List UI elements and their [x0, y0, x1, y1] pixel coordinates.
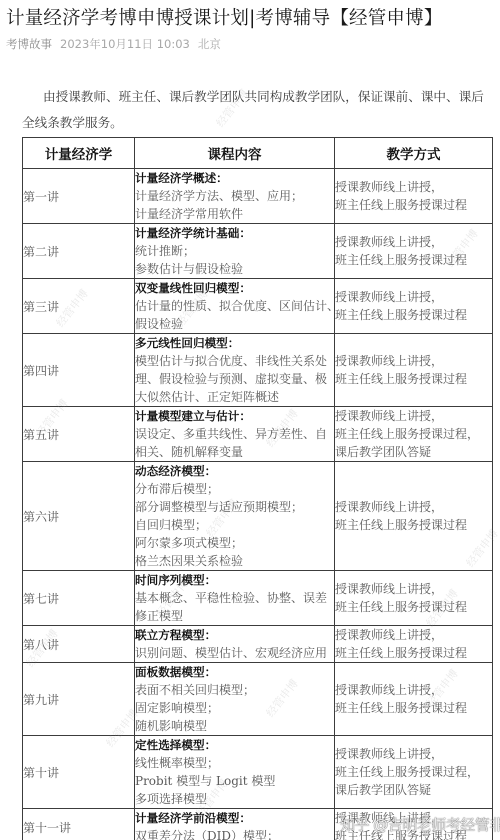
course-content: 动态经济模型：分布滞后模型；部分调整模型与适应预期模型；自回归模型；阿尔蒙多项式…	[135, 462, 335, 571]
table-row: 第五讲计量模型建立与估计：误设定、多重共线性、异方差性、自相关、随机解释变量授课…	[23, 407, 493, 462]
teaching-method: 授课教师线上讲授，班主任线上服务授课过程	[335, 169, 493, 224]
content-line: 假设检验	[135, 315, 334, 333]
teaching-method: 授课教师线上讲授，班主任线上服务授课过程，课后教学团队答疑	[335, 736, 493, 809]
lecture-number: 第八讲	[23, 626, 135, 663]
publish-location: 北京	[198, 37, 221, 51]
method-line: 班主任线上服务授课过程	[335, 306, 492, 324]
method-line: 授课教师线上讲授，	[335, 407, 492, 425]
content-line: 双重差分法（DID）模型；	[135, 827, 334, 840]
method-line: 授课教师线上讲授，	[335, 626, 492, 644]
content-line: 理、假设检验与预测、虚拟变量、极	[135, 370, 334, 388]
content-line: 部分调整模型与适应预期模型；	[135, 498, 334, 516]
content-heading: 定性选择模型：	[135, 736, 334, 754]
lecture-number: 第十一讲	[23, 809, 135, 840]
content-line: 随机影响模型	[135, 717, 334, 735]
table-row: 第三讲双变量线性回归模型：估计量的性质、拟合优度、区间估计、假设检验授课教师线上…	[23, 279, 493, 334]
article-title: 计量经济学考博申博授课计划|考博辅导【经管申博】	[6, 4, 443, 30]
method-line: 班主任线上服务授课过程	[335, 699, 492, 717]
content-heading: 联立方程模型：	[135, 626, 334, 644]
method-line: 授课教师线上讲授，	[335, 352, 492, 370]
method-line: 班主任线上服务授课过程	[335, 251, 492, 269]
lecture-number: 第五讲	[23, 407, 135, 462]
content-line: 大似然估计、正定矩阵概述	[135, 388, 334, 406]
content-heading: 计量经济学概述：	[135, 169, 334, 187]
table-row: 第十讲定性选择模型：线性概率模型；Probit 模型与 Logit 模型多项选择…	[23, 736, 493, 809]
content-line: 格兰杰因果关系检验	[135, 552, 334, 570]
author-link[interactable]: 考博故事	[6, 37, 52, 51]
content-heading: 计量经济学统计基础：	[135, 224, 334, 242]
content-line: 模型估计与拟合优度、非线性关系处	[135, 352, 334, 370]
method-line: 班主任线上服务授课过程，	[335, 425, 492, 443]
course-content: 计量模型建立与估计：误设定、多重共线性、异方差性、自相关、随机解释变量	[135, 407, 335, 462]
method-line: 授课教师线上讲授，	[335, 580, 492, 598]
method-line: 班主任线上服务授课过程	[335, 598, 492, 616]
content-line: 相关、随机解释变量	[135, 443, 334, 461]
method-line: 课后教学团队答疑	[335, 443, 492, 461]
course-content: 计量经济学概述：计量经济学方法、模型、应用；计量经济学常用软件	[135, 169, 335, 224]
content-line: 计量经济学方法、模型、应用；	[135, 187, 334, 205]
content-line: 基本概念、平稳性检验、协整、误差	[135, 589, 334, 607]
publish-date: 2023年10月11日 10:03	[60, 37, 190, 51]
teaching-method: 授课教师线上讲授，班主任线上服务授课过程	[335, 571, 493, 626]
content-heading: 计量模型建立与估计：	[135, 407, 334, 425]
lecture-number: 第三讲	[23, 279, 135, 334]
header-course: 计量经济学	[23, 138, 135, 169]
content-line: Probit 模型与 Logit 模型	[135, 772, 334, 790]
course-content: 面板数据模型：表面不相关回归模型；固定影响模型；随机影响模型	[135, 663, 335, 736]
lecture-number: 第九讲	[23, 663, 135, 736]
header-content: 课程内容	[135, 138, 335, 169]
teaching-method: 授课教师线上讲授，班主任线上服务授课过程	[335, 224, 493, 279]
table-row: 第一讲计量经济学概述：计量经济学方法、模型、应用；计量经济学常用软件授课教师线上…	[23, 169, 493, 224]
method-line: 授课教师线上讲授，	[335, 178, 492, 196]
content-heading: 时间序列模型：	[135, 571, 334, 589]
method-line: 授课教师线上讲授，	[335, 288, 492, 306]
course-content: 多元线性回归模型：模型估计与拟合优度、非线性关系处理、假设检验与预测、虚拟变量、…	[135, 334, 335, 407]
table-row: 第七讲时间序列模型：基本概念、平稳性检验、协整、误差修正模型授课教师线上讲授，班…	[23, 571, 493, 626]
course-content: 计量经济学统计基础：统计推断；参数估计与假设检验	[135, 224, 335, 279]
method-line: 班主任线上服务授课过程	[335, 644, 492, 662]
content-heading: 计量经济学前沿模型：	[135, 809, 334, 827]
lecture-number: 第二讲	[23, 224, 135, 279]
table-row: 第九讲面板数据模型：表面不相关回归模型；固定影响模型；随机影响模型授课教师线上讲…	[23, 663, 493, 736]
table-row: 第四讲多元线性回归模型：模型估计与拟合优度、非线性关系处理、假设检验与预测、虚拟…	[23, 334, 493, 407]
content-heading: 双变量线性回归模型：	[135, 279, 334, 297]
teaching-method: 授课教师线上讲授，班主任线上服务授课过程	[335, 462, 493, 571]
method-line: 班主任线上服务授课过程，	[335, 763, 492, 781]
content-line: 自回归模型；	[135, 516, 334, 534]
content-line: 阿尔蒙多项式模型；	[135, 534, 334, 552]
method-line: 班主任线上服务授课过程	[335, 196, 492, 214]
content-line: 多项选择模型	[135, 790, 334, 808]
content-line: 识别问题、模型估计、宏观经济应用	[135, 644, 334, 662]
table-row: 第二讲计量经济学统计基础：统计推断；参数估计与假设检验授课教师线上讲授，班主任线…	[23, 224, 493, 279]
method-line: 课后教学团队答疑	[335, 781, 492, 799]
content-line: 估计量的性质、拟合优度、区间估计、	[135, 297, 334, 315]
method-line: 授课教师线上讲授，	[335, 745, 492, 763]
content-line: 修正模型	[135, 607, 334, 625]
course-content: 时间序列模型：基本概念、平稳性检验、协整、误差修正模型	[135, 571, 335, 626]
content-line: 参数估计与假设检验	[135, 260, 334, 278]
content-line: 表面不相关回归模型；	[135, 681, 334, 699]
teaching-method: 授课教师线上讲授，班主任线上服务授课过程	[335, 279, 493, 334]
course-plan-table: 计量经济学 课程内容 教学方式 第一讲计量经济学概述：计量经济学方法、模型、应用…	[22, 137, 493, 840]
method-line: 班主任线上服务授课过程	[335, 370, 492, 388]
course-content: 双变量线性回归模型：估计量的性质、拟合优度、区间估计、假设检验	[135, 279, 335, 334]
teaching-method: 授课教师线上讲授，班主任线上服务授课过程	[335, 663, 493, 736]
lecture-number: 第一讲	[23, 169, 135, 224]
content-line: 统计推断；	[135, 242, 334, 260]
intro-paragraph: 由授课教师、班主任、课后教学团队共同构成教学团队，保证课前、课中、课后全线条教学…	[22, 84, 492, 136]
method-line: 授课教师线上讲授，	[335, 681, 492, 699]
course-content: 定性选择模型：线性概率模型；Probit 模型与 Logit 模型多项选择模型	[135, 736, 335, 809]
content-heading: 动态经济模型：	[135, 462, 334, 480]
table-row: 第六讲动态经济模型：分布滞后模型；部分调整模型与适应预期模型；自回归模型；阿尔蒙…	[23, 462, 493, 571]
course-content: 计量经济学前沿模型：双重差分法（DID）模型；	[135, 809, 335, 840]
content-heading: 面板数据模型：	[135, 663, 334, 681]
article-meta: 考博故事2023年10月11日 10:03北京	[6, 36, 221, 52]
zhihu-watermark: 知乎 @吉明老师考经管非儿	[340, 814, 500, 835]
lecture-number: 第七讲	[23, 571, 135, 626]
content-line: 固定影响模型；	[135, 699, 334, 717]
teaching-method: 授课教师线上讲授，班主任线上服务授课过程	[335, 626, 493, 663]
method-line: 授课教师线上讲授，	[335, 233, 492, 251]
content-line: 计量经济学常用软件	[135, 205, 334, 223]
content-heading: 多元线性回归模型：	[135, 334, 334, 352]
content-line: 误设定、多重共线性、异方差性、自	[135, 425, 334, 443]
header-method: 教学方式	[335, 138, 493, 169]
table-row: 第八讲联立方程模型：识别问题、模型估计、宏观经济应用授课教师线上讲授，班主任线上…	[23, 626, 493, 663]
lecture-number: 第十讲	[23, 736, 135, 809]
table-header-row: 计量经济学 课程内容 教学方式	[23, 138, 493, 169]
method-line: 授课教师线上讲授，	[335, 498, 492, 516]
content-line: 线性概率模型；	[135, 754, 334, 772]
lecture-number: 第六讲	[23, 462, 135, 571]
course-content: 联立方程模型：识别问题、模型估计、宏观经济应用	[135, 626, 335, 663]
method-line: 班主任线上服务授课过程	[335, 516, 492, 534]
lecture-number: 第四讲	[23, 334, 135, 407]
teaching-method: 授课教师线上讲授，班主任线上服务授课过程，课后教学团队答疑	[335, 407, 493, 462]
teaching-method: 授课教师线上讲授，班主任线上服务授课过程	[335, 334, 493, 407]
content-line: 分布滞后模型；	[135, 480, 334, 498]
